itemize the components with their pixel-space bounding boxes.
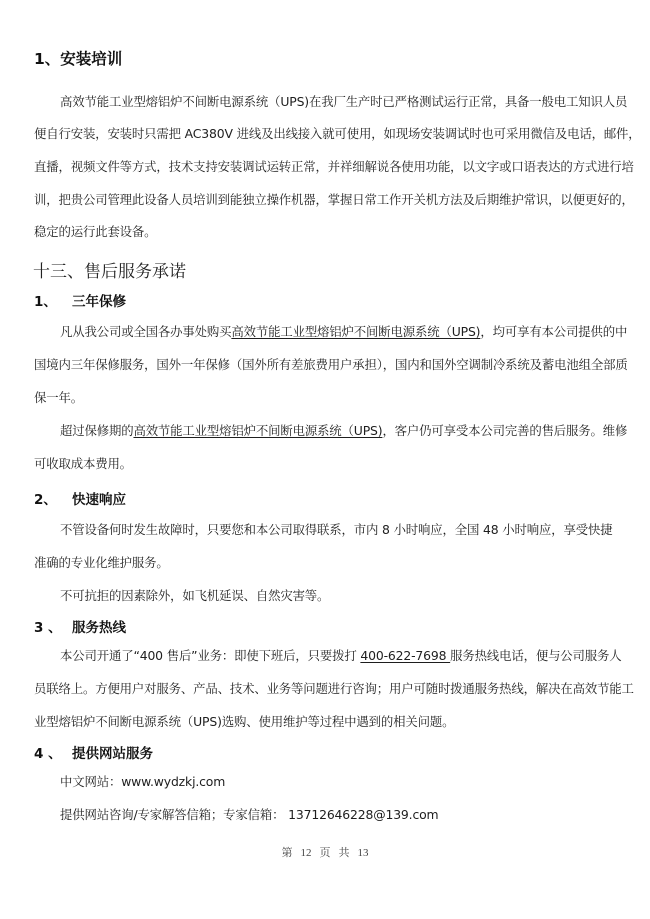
section-heading-installation-training: 1、安装培训: [34, 47, 122, 69]
footer-total-word: 共: [339, 847, 350, 859]
paragraph-line: 不管设备何时发生故障时，只要您和本公司取得联系，市内 8 小时响应，全国 48 …: [60, 520, 612, 538]
paragraph-line: 高效节能工业型熔铝炉不间断电源系统（UPS)在我厂生产时已严格测试运行正常，具备…: [60, 92, 627, 110]
subsection-number: 2、: [34, 488, 72, 508]
current-page-number: 12: [301, 847, 312, 859]
hotline-paragraph-line: 本公司开通了“400 售后”业务：即使下班后，只要拨打 400-622-7698…: [60, 646, 622, 664]
warranty-paragraph-line: 凡从我公司或全国各办事处购买高效节能工业型熔铝炉不间断电源系统（UPS)，均可享…: [60, 322, 627, 340]
subsection-heading-website-service: 4 、提供网站服务: [34, 742, 153, 762]
paragraph-line: 稳定的运行此套设备。: [34, 222, 156, 240]
website-label: 中文网站：: [60, 774, 121, 789]
paragraph-line: 训，把贵公司管理此设备人员培训到能独立操作机器，掌握日常工作开关机方法及后期维护…: [34, 190, 634, 208]
chapter-heading-after-sales: 十三、售后服务承诺: [33, 257, 186, 282]
text-fragment: 凡从我公司或全国各办事处购买: [60, 324, 231, 339]
paragraph-line: 不可抗拒的因素除外，如飞机延误、自然灾害等。: [60, 586, 329, 604]
paragraph-line: 直播，视频文件等方式，技术支持安装调试运转正常，并祥细解说各使用功能，以文字或口…: [34, 157, 634, 175]
website-url[interactable]: www.wydzkj.com: [121, 774, 225, 789]
paragraph-line: 员联络上。方便用户对服务、产品、技术、业务等问题进行咨询；用户可随时拨通服务热线…: [34, 679, 634, 697]
hotline-phone-link[interactable]: 400-622-7698: [360, 648, 450, 663]
paragraph-line: 保一年。: [34, 388, 83, 406]
paragraph-line: 国境内三年保修服务，国外一年保修（国外所有差旅费用户承担），国内和国外空调制冷系…: [34, 355, 628, 373]
expert-email[interactable]: 13712646228@139.com: [284, 807, 438, 822]
footer-prefix: 第: [282, 847, 293, 859]
paragraph-line: 便自行安装，安装时只需把 AC380V 进线及出线接入就可使用，如现场安装调试时…: [34, 124, 641, 142]
subsection-title: 服务热线: [72, 620, 126, 636]
text-fragment: ，均可享有本公司提供的中: [480, 324, 627, 339]
website-line: 中文网站：www.wydzkj.com: [60, 772, 225, 790]
text-fragment: 超过保修期的: [60, 423, 133, 438]
text-fragment: 本公司开通了“400 售后”业务：即使下班后，只要拨打: [60, 648, 360, 663]
subsection-number: 1、: [34, 290, 72, 310]
paragraph-line: 准确的专业化维护服务。: [34, 553, 169, 571]
text-fragment: ，客户仍可享受本公司完善的售后服务。维修: [382, 423, 627, 438]
subsection-number: 4 、: [34, 742, 72, 762]
email-label: 提供网站咨询/专家解答信箱；专家信箱：: [60, 807, 284, 822]
subsection-title: 快速响应: [72, 492, 126, 508]
subsection-heading-quick-response: 2、快速响应: [34, 488, 126, 508]
text-fragment: 服务热线电话，便与公司服务人: [450, 648, 621, 663]
product-name-link[interactable]: 高效节能工业型熔铝炉不间断电源系统（UPS): [133, 423, 382, 438]
subsection-title: 提供网站服务: [72, 746, 153, 762]
subsection-heading-service-hotline: 3 、服务热线: [34, 616, 126, 636]
paragraph-line: 可收取成本费用。: [34, 454, 132, 472]
subsection-title: 三年保修: [72, 294, 126, 310]
total-page-count: 13: [358, 847, 369, 859]
footer-page-word: 页: [320, 847, 331, 859]
email-line: 提供网站咨询/专家解答信箱；专家信箱： 13712646228@139.com: [60, 805, 438, 823]
subsection-heading-warranty: 1、三年保修: [34, 290, 126, 310]
page-footer: 第12页共13: [0, 844, 650, 860]
warranty-paragraph-line: 超过保修期的高效节能工业型熔铝炉不间断电源系统（UPS)，客户仍可享受本公司完善…: [60, 421, 627, 439]
paragraph-line: 业型熔铝炉不间断电源系统（UPS)选购、使用维护等过程中遇到的相关问题。: [34, 712, 454, 730]
product-name-link[interactable]: 高效节能工业型熔铝炉不间断电源系统（UPS): [231, 324, 480, 339]
subsection-number: 3 、: [34, 616, 72, 636]
document-page: 1、安装培训 高效节能工业型熔铝炉不间断电源系统（UPS)在我厂生产时已严格测试…: [0, 0, 650, 919]
